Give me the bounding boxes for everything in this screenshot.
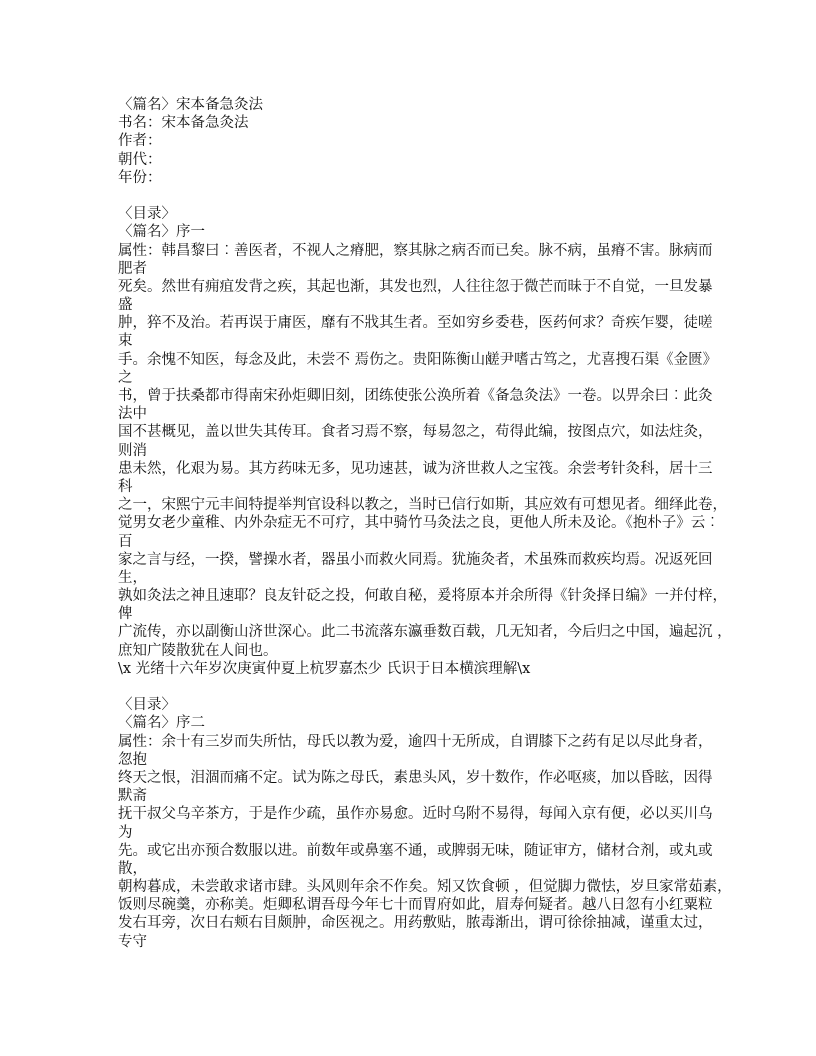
body-line: 患未然，化艰为易。其方药味无多，见功速甚，诚为济世救人之宝筏。余尝考针灸科，居十… (118, 460, 708, 478)
body-line: 散， (118, 860, 708, 878)
body-line: 肥者 (118, 260, 708, 278)
body-line: 之一，宋熙宁元丰间特提举判官设科以教之，当时已信行如斯，其应效有可想见者。细绎此… (118, 496, 708, 514)
body-line: 则消 (118, 442, 708, 460)
body-line: 生， (118, 569, 708, 587)
body-line: 朝构暮成，未尝敢求诸市肆。头风则年余不作矣。矧又饮食顿 ，但觉脚力微怯，岁旦家常… (118, 878, 708, 896)
body-line: 抚干叔父乌辛茶方，于是作少疏，虽作亦易愈。近时乌附不易得，每闻入京有便，必以买川… (118, 805, 708, 823)
section-preface-one: 〈目录〉 〈篇名〉序一 属性：韩昌黎曰︰善医者，不视人之瘠肥，察其脉之病否而已矣… (118, 205, 708, 678)
body-line: 百 (118, 533, 708, 551)
body-line: 属性：余十有三岁而失所怙，母氏以教为爱，逾四十无所成，自谓膝下之药有足以尽此身者… (118, 733, 708, 751)
year-line: 年份： (118, 169, 708, 187)
body-line: 默斋 (118, 787, 708, 805)
book-name-line: 书名：宋本备急灸法 (118, 114, 708, 132)
document-page: 〈篇名〉宋本备急灸法 书名：宋本备急灸法 作者： 朝代： 年份： 〈目录〉 〈篇… (118, 96, 708, 951)
body-line: 之 (118, 369, 708, 387)
section-title: 〈篇名〉序一 (118, 223, 708, 241)
body-line: 饭则尽碗羹，亦称美。炬卿私谓吾母今年七十而胃府如此，眉寿何疑者。越八日忽有小红粟… (118, 896, 708, 914)
blank-line (118, 678, 708, 696)
body-line: 书，曾于扶桑都市得南宋孙炬卿旧刻，团练使张公涣所着《备急灸法》一卷。以畀余曰︰此… (118, 387, 708, 405)
article-title-line: 〈篇名〉宋本备急灸法 (118, 96, 708, 114)
body-line: 专守 (118, 933, 708, 951)
body-line: 发右耳旁，次日右颊右目颇肿，命医视之。用药敷贴，脓毒渐出，谓可徐徐抽减，谨重太过… (118, 914, 708, 932)
author-line: 作者： (118, 132, 708, 150)
signature-line: \x 光绪十六年岁次庚寅仲夏上杭罗嘉杰少 氏识于日本横滨理解\x (118, 660, 708, 678)
body-line: 盛 (118, 296, 708, 314)
body-line: 属性：韩昌黎曰︰善医者，不视人之瘠肥，察其脉之病否而已矣。脉不病，虽瘠不害。脉病… (118, 242, 708, 260)
toc-marker: 〈目录〉 (118, 696, 708, 714)
body-line: 为 (118, 824, 708, 842)
body-line: 广流传，亦以副衡山济世深心。此二书流落东瀛垂数百载，几无知者，今后归之中国，遍起… (118, 623, 708, 641)
body-line: 庶知广陵散犹在人间也。 (118, 642, 708, 660)
body-line: 束 (118, 332, 708, 350)
body-line: 忽抱 (118, 751, 708, 769)
body-line: 死矣。然世有痈疽发背之疾，其起也渐，其发也烈，人往往忽于微芒而昧于不自觉，一旦发… (118, 278, 708, 296)
body-line: 终天之恨，泪涸而痛不定。试为陈之母氏，素患头风，岁十数作，作必呕痰，加以昏眩，因… (118, 769, 708, 787)
body-line: 觉男女老少童稚、内外杂症无不可疗，其中骑竹马灸法之良，更他人所未及论。《抱朴子》… (118, 514, 708, 532)
dynasty-line: 朝代： (118, 151, 708, 169)
body-line: 肿，猝不及治。若再误于庸医，靡有不戕其生者。至如穷乡委巷，医药何求？奇疾乍婴，徒… (118, 314, 708, 332)
section-title: 〈篇名〉序二 (118, 714, 708, 732)
body-line: 手。余愧不知医，每念及此，未尝不 焉伤之。贵阳陈衡山鹾尹嗜古笃之，尤喜搜石渠《金… (118, 351, 708, 369)
body-line: 俾 (118, 605, 708, 623)
body-line: 科 (118, 478, 708, 496)
body-line: 家之言与经，一揆，譬操水者，器虽小而救火同焉。犹施灸者，术虽殊而救疾均焉。况返死… (118, 551, 708, 569)
section-preface-two: 〈目录〉 〈篇名〉序二 属性：余十有三岁而失所怙，母氏以教为爱，逾四十无所成，自… (118, 696, 708, 951)
body-line: 先。或它出亦预合数服以进。前数年或鼻塞不通，或脾弱无味，随证审方，储材合剂，或丸… (118, 842, 708, 860)
body-line: 法中 (118, 405, 708, 423)
body-line: 国不甚概见，盖以世失其传耳。食者习焉不察，每易忽之，苟得此编，按图点穴，如法炷灸… (118, 423, 708, 441)
toc-marker: 〈目录〉 (118, 205, 708, 223)
blank-line (118, 187, 708, 205)
body-line: 孰如灸法之神且速耶？良友针砭之投，何敢自秘，爰将原本并余所得《针灸择日编》一并付… (118, 587, 708, 605)
